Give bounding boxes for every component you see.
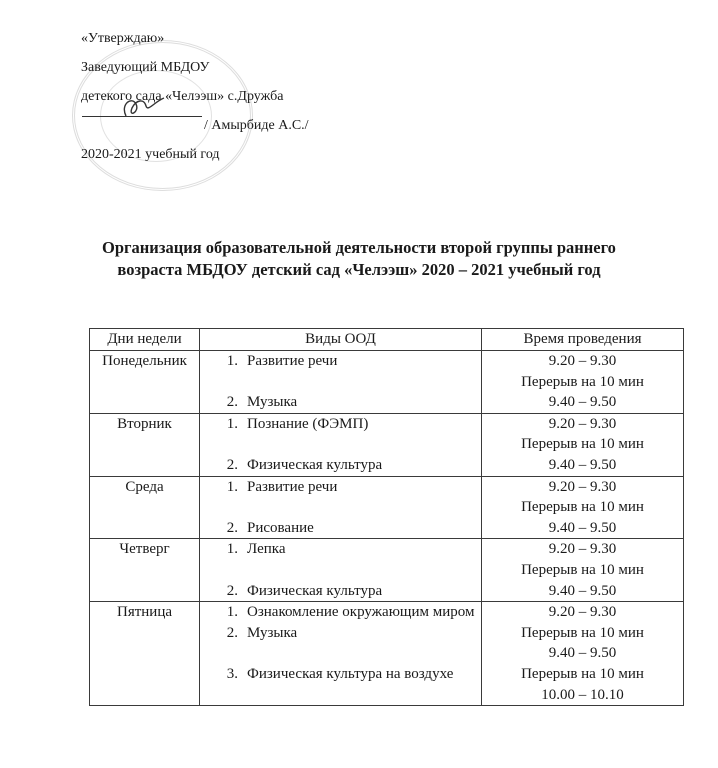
activity-number: 3.	[200, 664, 247, 685]
title-line-1: Организация образовательной деятельности…	[0, 237, 718, 259]
table-row: Пятница1.Ознакомление окружающим миром2.…	[90, 602, 684, 706]
activity-item: 3.Физическая культура на воздухе	[200, 664, 481, 685]
activity-number: 1.	[200, 602, 247, 623]
time-cell: 9.20 – 9.30Перерыв на 10 мин9.40 – 9.50	[482, 539, 684, 602]
time-slot: 9.40 – 9.50	[482, 455, 683, 476]
activity-name: Развитие речи	[247, 477, 481, 498]
activity-number: 1.	[200, 414, 247, 435]
time-slot: 10.00 – 10.10	[482, 685, 683, 706]
time-slot: 9.40 – 9.50	[482, 518, 683, 539]
approval-heading: «Утверждаю»	[81, 32, 164, 46]
time-slot: Перерыв на 10 мин	[482, 560, 683, 581]
activities-cell: 1.Лепка2.Физическая культура	[200, 539, 482, 602]
header-days: Дни недели	[90, 329, 200, 351]
activity-number: 2.	[200, 518, 247, 539]
title-line-2: возраста МБДОУ детский сад «Челээш» 2020…	[0, 259, 718, 281]
header-time: Время проведения	[482, 329, 684, 351]
activity-name: Физическая культура	[247, 455, 481, 476]
approval-year: 2020-2021 учебный год	[81, 148, 220, 162]
day-cell: Пятница	[90, 602, 200, 706]
activities-cell: 1.Развитие речи2.Музыка	[200, 351, 482, 414]
activity-item: 2.Музыка	[200, 392, 481, 413]
table-row: Понедельник1.Развитие речи2.Музыка9.20 –…	[90, 351, 684, 414]
activity-number: 2.	[200, 581, 247, 602]
spacer	[200, 372, 481, 393]
activity-number: 2.	[200, 455, 247, 476]
header-activities: Виды ООД	[200, 329, 482, 351]
time-slot: Перерыв на 10 мин	[482, 372, 683, 393]
time-slot: 9.20 – 9.30	[482, 602, 683, 623]
table-header-row: Дни недели Виды ООД Время проведения	[90, 329, 684, 351]
approval-institution: детекого сада «Челээш» с.Дружба	[81, 90, 283, 104]
activity-name: Физическая культура	[247, 581, 481, 602]
time-slot: 9.20 – 9.30	[482, 351, 683, 372]
day-cell: Четверг	[90, 539, 200, 602]
table-row: Вторник1.Познание (ФЭМП)2.Физическая кул…	[90, 413, 684, 476]
activity-item: 2.Физическая культура	[200, 455, 481, 476]
spacer	[200, 497, 481, 518]
activity-name: Физическая культура на воздухе	[247, 664, 481, 685]
time-slot: 9.40 – 9.50	[482, 643, 683, 664]
activity-item: 1.Лепка	[200, 539, 481, 560]
activities-cell: 1.Познание (ФЭМП)2.Физическая культура	[200, 413, 482, 476]
activity-name: Ознакомление окружающим миром	[247, 602, 481, 623]
activity-item: 1.Познание (ФЭМП)	[200, 414, 481, 435]
time-slot: Перерыв на 10 мин	[482, 664, 683, 685]
activity-item: 2.Рисование	[200, 518, 481, 539]
activity-number: 2.	[200, 623, 247, 644]
time-slot: 9.20 – 9.30	[482, 414, 683, 435]
spacer	[200, 643, 481, 664]
activity-number: 2.	[200, 392, 247, 413]
table-row: Четверг1.Лепка2.Физическая культура9.20 …	[90, 539, 684, 602]
activity-item: 2.Физическая культура	[200, 581, 481, 602]
activity-number: 1.	[200, 351, 247, 372]
day-cell: Понедельник	[90, 351, 200, 414]
activity-item: 2.Музыка	[200, 623, 481, 644]
activity-name: Рисование	[247, 518, 481, 539]
time-slot: 9.20 – 9.30	[482, 539, 683, 560]
activity-name: Музыка	[247, 392, 481, 413]
activities-cell: 1.Развитие речи2.Рисование	[200, 476, 482, 539]
time-cell: 9.20 – 9.30Перерыв на 10 мин9.40 – 9.50	[482, 476, 684, 539]
table-row: Среда1.Развитие речи2.Рисование9.20 – 9.…	[90, 476, 684, 539]
activity-name: Музыка	[247, 623, 481, 644]
spacer	[200, 434, 481, 455]
schedule-table: Дни недели Виды ООД Время проведения Пон…	[89, 328, 684, 706]
document-title: Организация образовательной деятельности…	[0, 237, 718, 281]
activity-name: Развитие речи	[247, 351, 481, 372]
time-slot: Перерыв на 10 мин	[482, 497, 683, 518]
activity-item: 1.Развитие речи	[200, 477, 481, 498]
activity-name: Познание (ФЭМП)	[247, 414, 481, 435]
time-slot: Перерыв на 10 мин	[482, 434, 683, 455]
activity-item: 1.Ознакомление окружающим миром	[200, 602, 481, 623]
activity-number: 1.	[200, 477, 247, 498]
day-cell: Вторник	[90, 413, 200, 476]
approval-signatory: / Амырбиде А.С./	[204, 119, 309, 133]
spacer	[200, 560, 481, 581]
time-slot: Перерыв на 10 мин	[482, 623, 683, 644]
time-slot: 9.40 – 9.50	[482, 581, 683, 602]
time-cell: 9.20 – 9.30Перерыв на 10 мин9.40 – 9.50	[482, 413, 684, 476]
approval-position: Заведующий МБДОУ	[81, 61, 209, 75]
activity-name: Лепка	[247, 539, 481, 560]
signature-icon	[118, 94, 168, 120]
time-cell: 9.20 – 9.30Перерыв на 10 мин9.40 – 9.50	[482, 351, 684, 414]
time-slot: 9.40 – 9.50	[482, 392, 683, 413]
activity-item: 1.Развитие речи	[200, 351, 481, 372]
time-slot: 9.20 – 9.30	[482, 477, 683, 498]
time-cell: 9.20 – 9.30Перерыв на 10 мин9.40 – 9.50П…	[482, 602, 684, 706]
day-cell: Среда	[90, 476, 200, 539]
activity-number: 1.	[200, 539, 247, 560]
activities-cell: 1.Ознакомление окружающим миром2.Музыка3…	[200, 602, 482, 706]
